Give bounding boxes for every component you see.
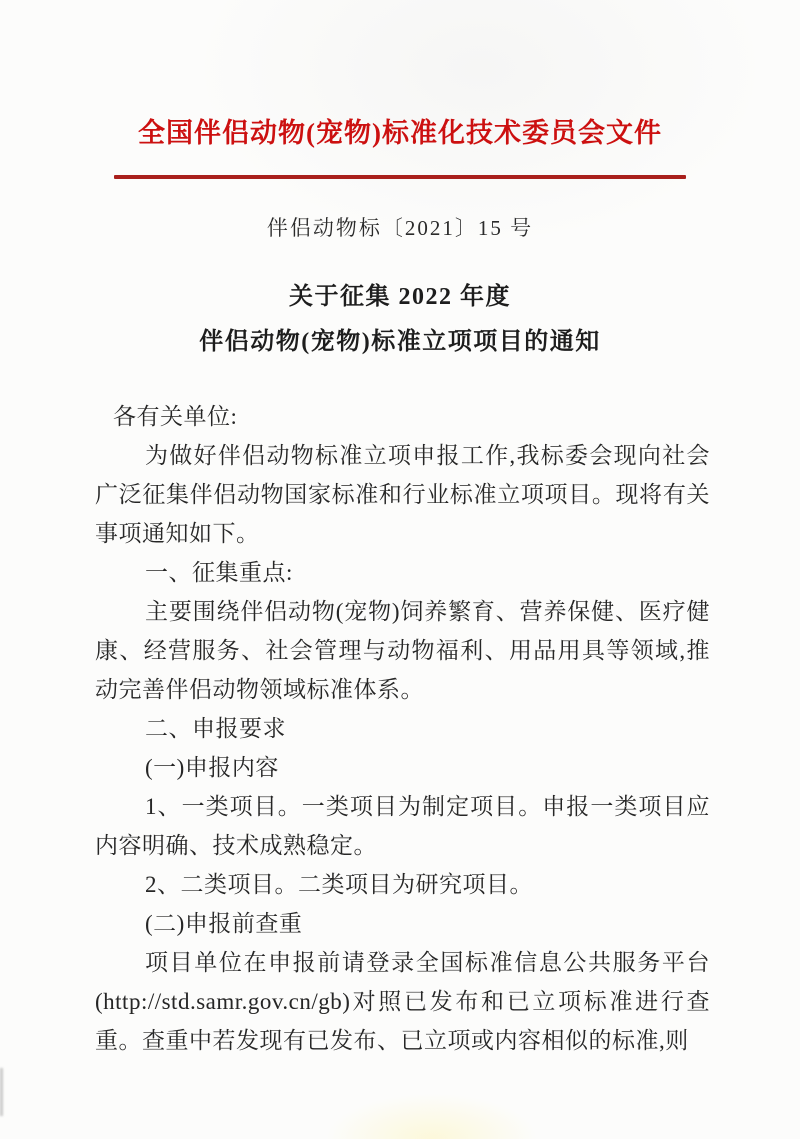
paragraph: 二、申报要求	[95, 709, 710, 748]
paragraph: 主要围绕伴侣动物(宠物)饲养繁育、营养保健、医疗健康、经营服务、社会管理与动物福…	[95, 592, 710, 709]
issuing-authority-title: 全国伴侣动物(宠物)标准化技术委员会文件	[0, 111, 800, 155]
red-separator-line	[114, 175, 686, 179]
paragraph: 项目单位在申报前请登录全国标准信息公共服务平台(http://std.samr.…	[95, 943, 710, 1060]
paragraph: 一、征集重点:	[95, 553, 710, 592]
salutation: 各有关单位:	[95, 397, 710, 436]
paragraph: (一)申报内容	[95, 748, 710, 787]
notice-title-line2: 伴侣动物(宠物)标准立项项目的通知	[0, 320, 800, 365]
paragraph: (二)申报前查重	[95, 904, 710, 943]
document-body: 各有关单位: 为做好伴侣动物标准立项申报工作,我标委会现向社会广泛征集伴侣动物国…	[95, 397, 710, 1060]
document-number: 伴侣动物标〔2021〕15 号	[0, 215, 800, 241]
paragraph-container: 为做好伴侣动物标准立项申报工作,我标委会现向社会广泛征集伴侣动物国家标准和行业标…	[95, 436, 710, 1060]
paragraph: 1、一类项目。一类项目为制定项目。申报一类项目应内容明确、技术成熟稳定。	[95, 787, 710, 865]
paragraph: 为做好伴侣动物标准立项申报工作,我标委会现向社会广泛征集伴侣动物国家标准和行业标…	[95, 436, 710, 553]
scan-edge-artifact	[0, 1068, 3, 1116]
notice-title-line1: 关于征集 2022 年度	[0, 275, 800, 320]
notice-title: 关于征集 2022 年度 伴侣动物(宠物)标准立项项目的通知	[0, 275, 800, 365]
document-page: 全国伴侣动物(宠物)标准化技术委员会文件 伴侣动物标〔2021〕15 号 关于征…	[0, 0, 800, 1139]
paragraph: 2、二类项目。二类项目为研究项目。	[95, 865, 710, 904]
document-header: 全国伴侣动物(宠物)标准化技术委员会文件	[0, 111, 800, 179]
